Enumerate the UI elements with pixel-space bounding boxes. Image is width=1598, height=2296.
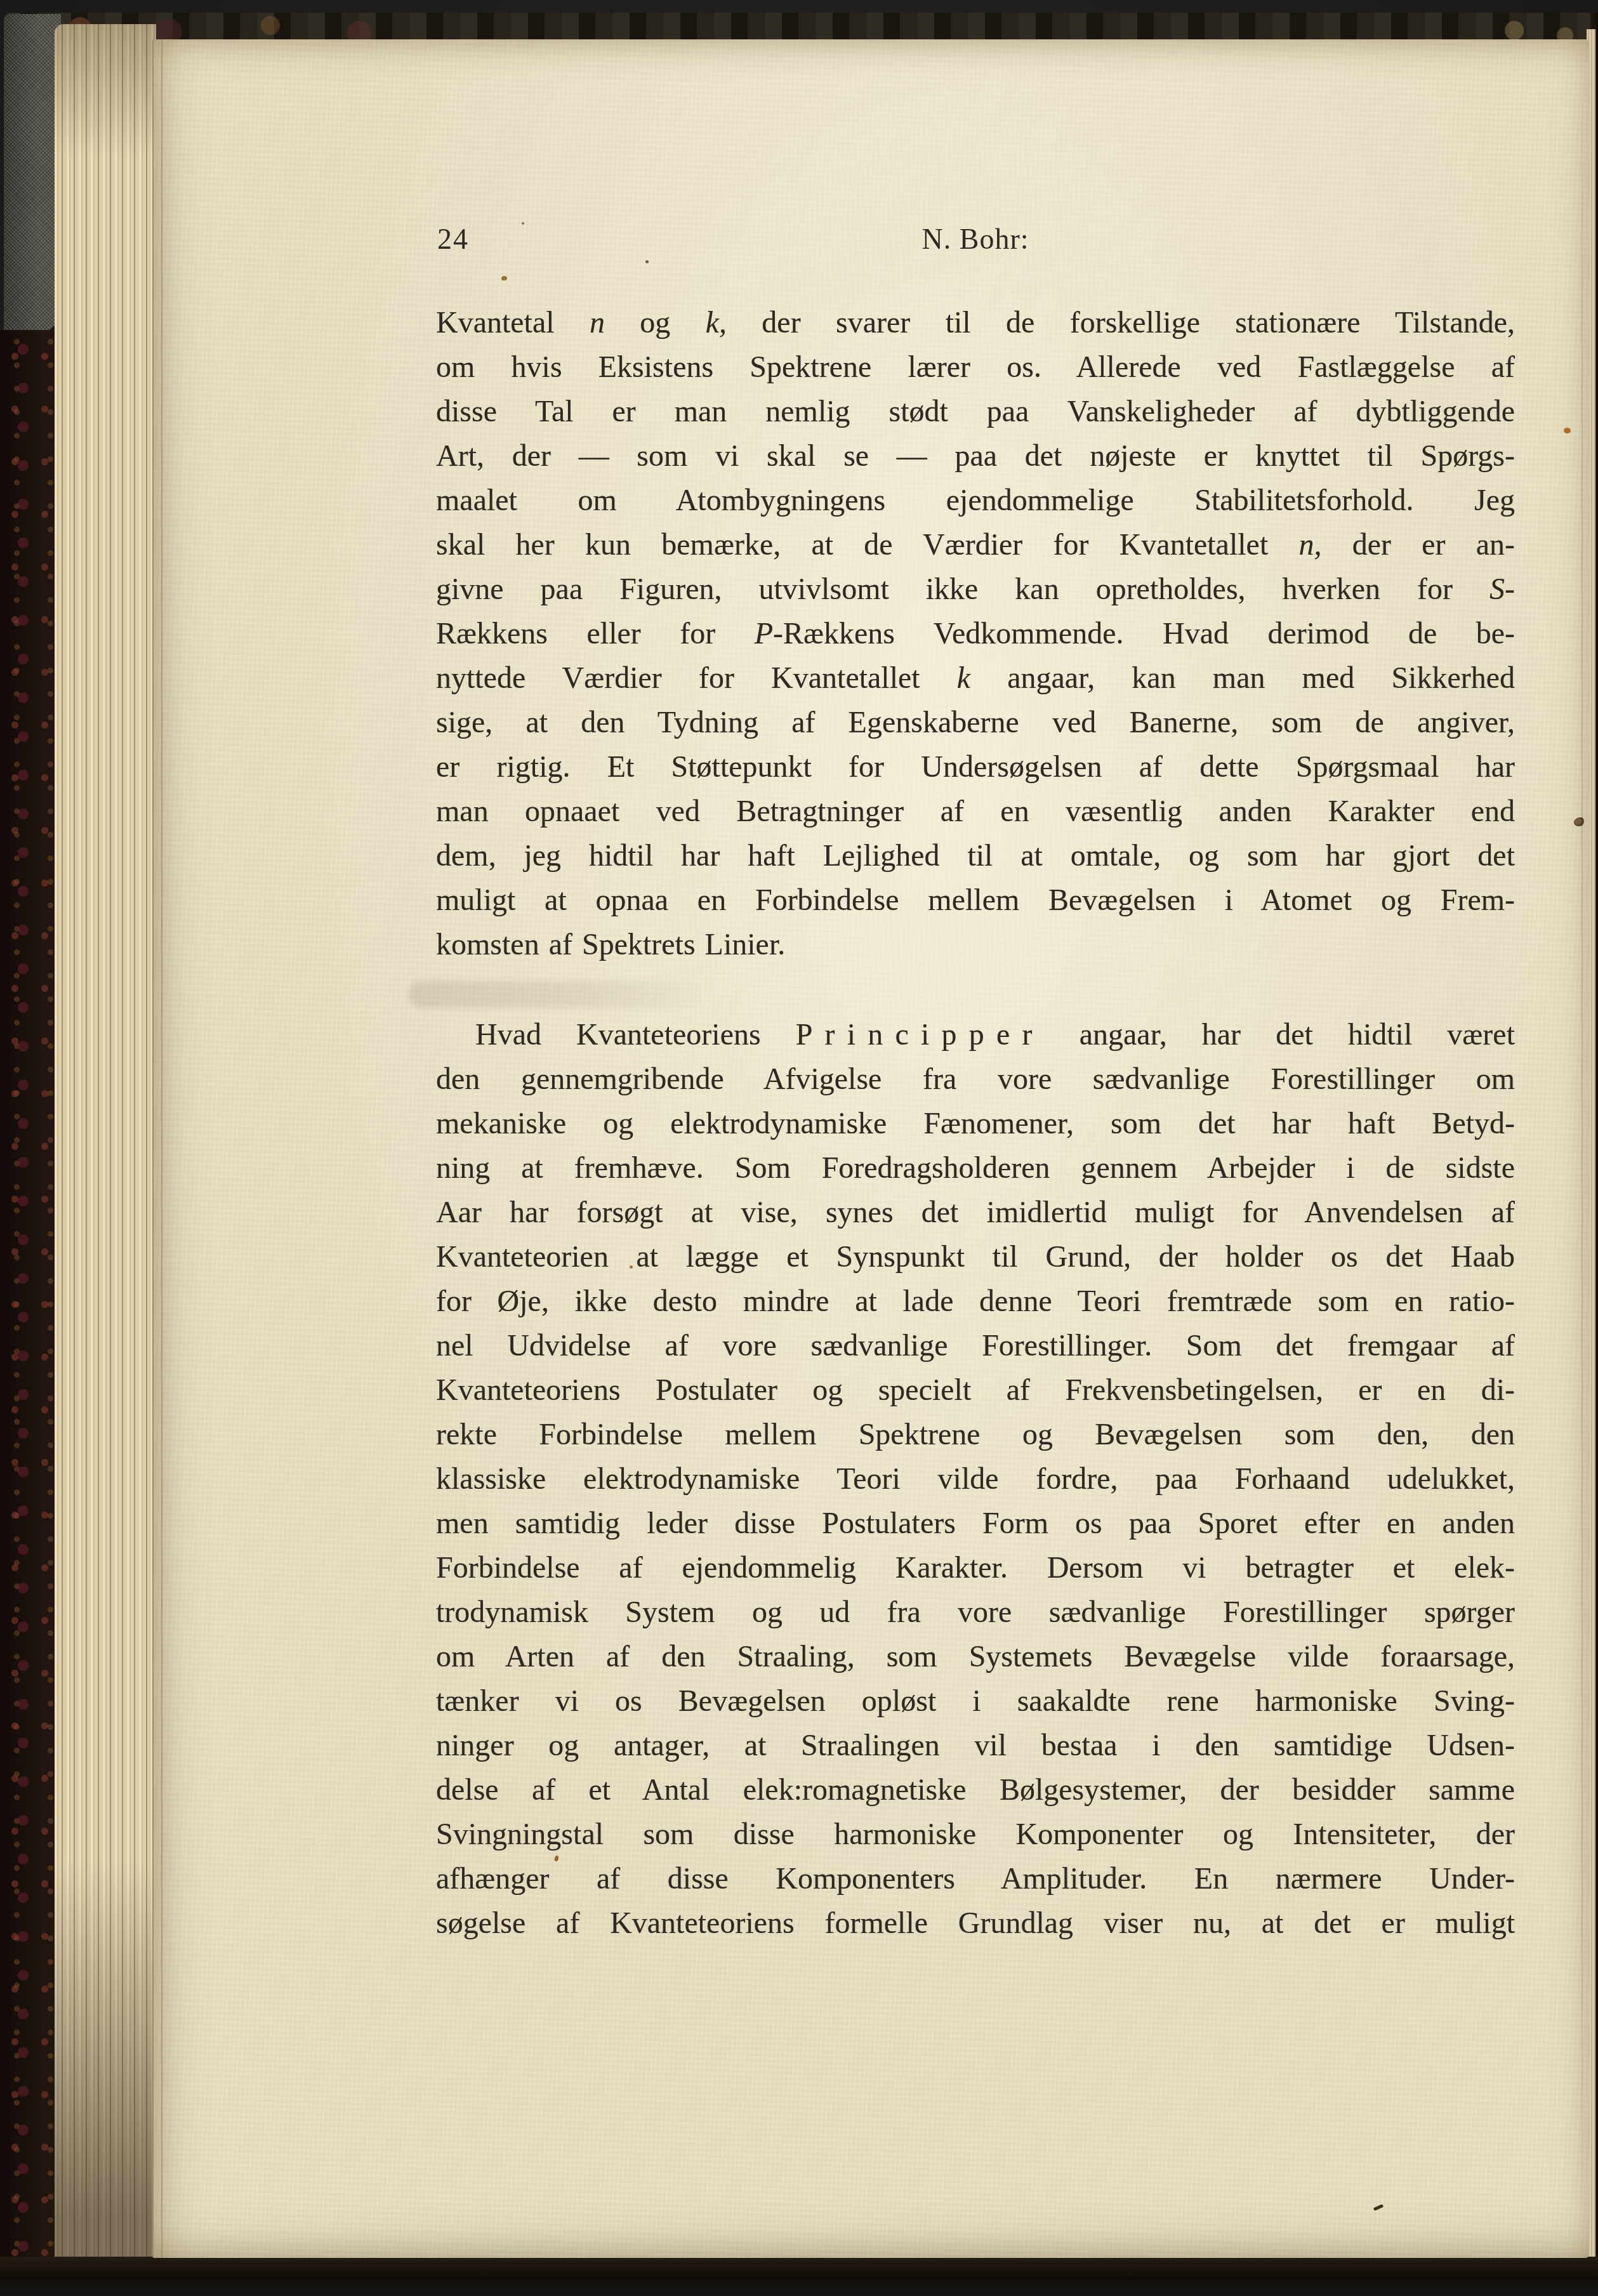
book-spine-leather	[0, 330, 62, 2285]
text-line: givne paa Figuren, utvivlsomt ikke kan o…	[436, 567, 1515, 612]
text-line: afhænger af disse Komponenters Amplitude…	[436, 1857, 1515, 1901]
page-number: 24	[437, 217, 469, 261]
book-cover-bottom-edge	[0, 2257, 1598, 2296]
text-line: for Øje, ikke desto mindre at lade denne…	[436, 1279, 1515, 1324]
running-head: 24 N. Bohr:	[436, 217, 1515, 261]
paper-stain	[1574, 817, 1585, 826]
ink-mark	[1373, 2204, 1384, 2211]
text-line: Forbindelse af ejendommelig Karakter. De…	[436, 1546, 1515, 1590]
body-text: Kvantetal n og k, der svarer til de fors…	[436, 301, 1515, 1946]
text-line: den gennemgribende Afvigelse fra vore sæ…	[436, 1057, 1515, 1102]
paper-speck	[522, 222, 524, 225]
text-line: komsten af Spektrets Linier.	[436, 923, 1515, 967]
text-line: skal her kun bemærke, at de Værdier for …	[436, 523, 1515, 567]
emphasized-spaced-text: Principper	[796, 1018, 1045, 1052]
book-cover-fabric-corner	[4, 14, 61, 369]
text-line: Hvad Kvanteteoriens Principper angaar, h…	[436, 1013, 1515, 1057]
text-line: Svingningstal som disse harmoniske Kompo…	[436, 1812, 1515, 1857]
text-line: mekaniske og elektrodynamiske Fænomener,…	[436, 1102, 1515, 1146]
text-line: om Arten af den Straaling, som Systemets…	[436, 1635, 1515, 1679]
text-line: ninger og antager, at Straalingen vil be…	[436, 1724, 1515, 1768]
text-line: delse af et Antal elek:romagnetiske Bølg…	[436, 1768, 1515, 1812]
running-header: N. Bohr:	[436, 217, 1515, 261]
text-line: tænker vi os Bevægelsen opløst i saakald…	[436, 1679, 1515, 1724]
italic-symbol: n	[590, 306, 605, 340]
text-line: Aar har forsøgt at vise, synes det imidl…	[436, 1191, 1515, 1235]
photo-backdrop: 24 N. Bohr: Kvantetal n og k, der svarer…	[0, 0, 1598, 2296]
page-stack-edges	[55, 24, 156, 2263]
italic-symbol: k,	[706, 306, 727, 340]
text-line: Kvanteteorien at lægge et Synspunkt til …	[436, 1235, 1515, 1279]
text-line: man opnaaet ved Betragtninger af en væse…	[436, 789, 1515, 834]
text-line: Art, der — som vi skal se — paa det nøje…	[436, 434, 1515, 478]
text-line: klassiske elektrodynamiske Teori vilde f…	[436, 1457, 1515, 1501]
page-fold-line	[1581, 39, 1583, 2258]
text-line: nyttede Værdier for Kvantetallet k angaa…	[436, 656, 1515, 701]
text-line: muligt at opnaa en Forbindelse mellem Be…	[436, 878, 1515, 923]
paper-speck	[645, 260, 649, 263]
paper-speck	[501, 276, 507, 280]
text-line: søgelse af Kvanteteoriens formelle Grund…	[436, 1901, 1515, 1946]
text-line: Rækkens eller for P-Rækkens Vedkommende.…	[436, 612, 1515, 656]
text-line: rekte Forbindelse mellem Spektrene og Be…	[436, 1413, 1515, 1457]
italic-symbol: P	[755, 617, 773, 650]
book-page: 24 N. Bohr: Kvantetal n og k, der svarer…	[152, 39, 1589, 2258]
paper-speck	[630, 1265, 633, 1269]
book-cover-top-edge	[4, 13, 1594, 42]
paragraph: Kvantetal n og k, der svarer til de fors…	[436, 301, 1515, 967]
italic-symbol: n,	[1298, 528, 1321, 562]
paragraph: Hvad Kvanteteoriens Principper angaar, h…	[436, 1013, 1515, 1946]
paper-speck	[1564, 428, 1571, 433]
text-line: nel Udvidelse af vore sædvanlige Foresti…	[436, 1324, 1515, 1368]
text-line: er rigtig. Et Støttepunkt for Undersøgel…	[436, 745, 1515, 789]
italic-symbol: S	[1489, 572, 1505, 606]
text-line: om hvis Eksistens Spektrene lærer os. Al…	[436, 345, 1515, 390]
text-line: dem, jeg hidtil har haft Lejlighed til a…	[436, 834, 1515, 878]
text-line: men samtidig leder disse Postulaters For…	[436, 1501, 1515, 1546]
text-line: trodynamisk System og ud fra vore sædvan…	[436, 1590, 1515, 1635]
text-line: Kvantetal n og k, der svarer til de fors…	[436, 301, 1515, 345]
text-line: Kvanteteoriens Postulater og specielt af…	[436, 1368, 1515, 1413]
text-line: disse Tal er man nemlig stødt paa Vanske…	[436, 390, 1515, 434]
italic-symbol: k	[957, 661, 970, 695]
show-through-smudge	[409, 981, 713, 1008]
text-line: sige, at den Tydning af Egenskaberne ved…	[436, 701, 1515, 745]
text-line: ning at fremhæve. Som Foredragsholderen …	[436, 1146, 1515, 1191]
text-line: maalet om Atombygningens ejendommelige S…	[436, 478, 1515, 523]
